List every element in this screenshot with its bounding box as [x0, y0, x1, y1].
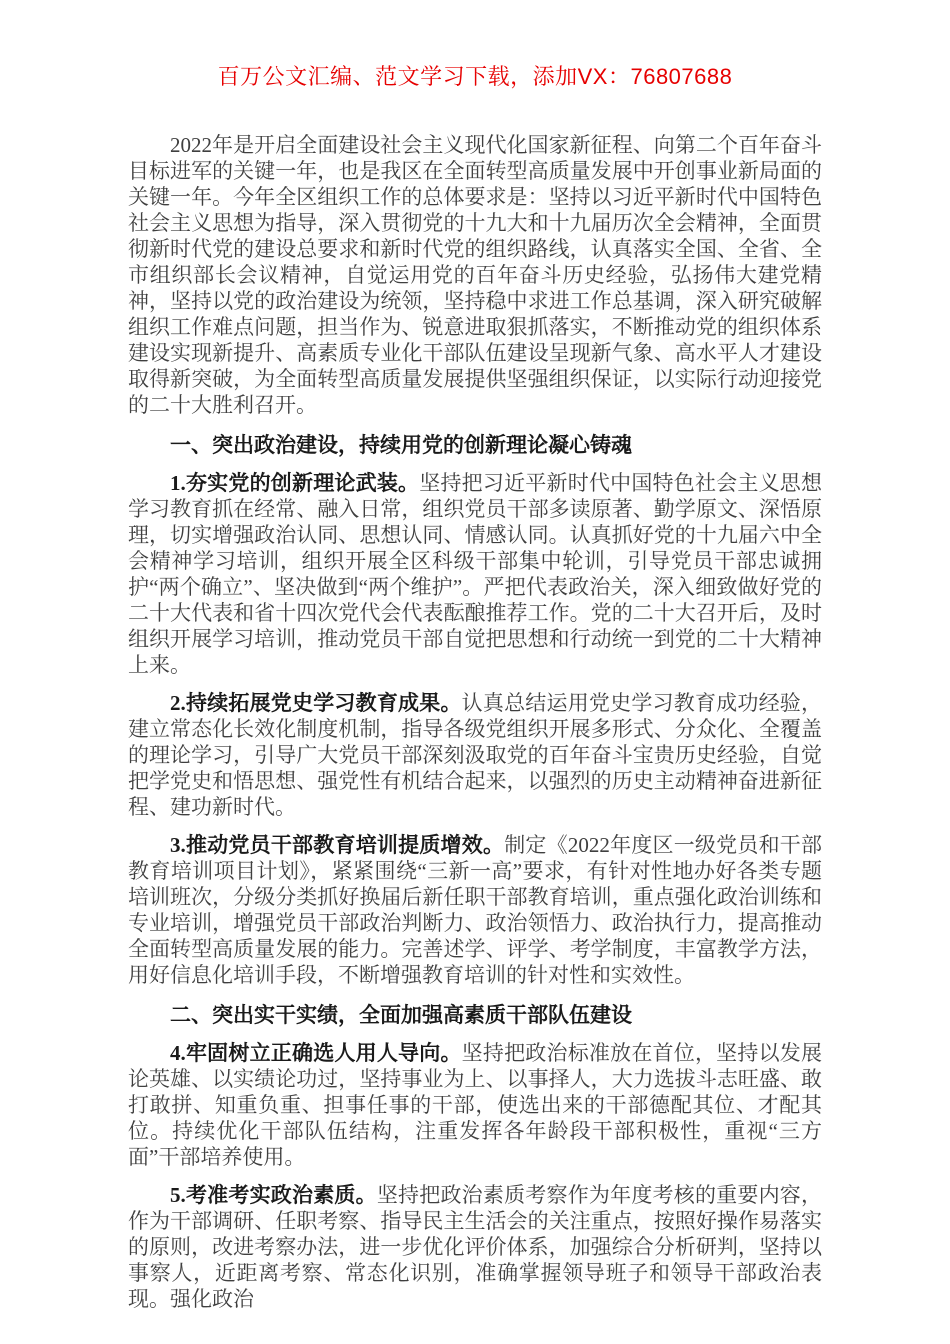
numbered-paragraph-5-lead: 5.考准考实政治素质。: [170, 1183, 377, 1207]
numbered-paragraph-3: 3.推动党员干部教育培训提质增效。制定《2022年度区一级党员和干部教育培训项目…: [128, 832, 822, 988]
numbered-paragraph-2: 2.持续拓展党史学习教育成果。认真总结运用党史学习教育成功经验，建立常态化长效化…: [128, 690, 822, 820]
section-heading-1: 一、突出政治建设，持续用党的创新理论凝心铸魂: [128, 432, 822, 458]
numbered-paragraph-5: 5.考准考实政治素质。坚持把政治素质考察作为年度考核的重要内容，作为干部调研、任…: [128, 1182, 822, 1312]
numbered-paragraph-4: 4.牢固树立正确选人用人导向。坚持把政治标准放在首位，坚持以发展论英雄、以实绩论…: [128, 1040, 822, 1170]
numbered-paragraph-1-lead: 1.夯实党的创新理论武装。: [170, 471, 419, 495]
intro-paragraph: 2022年是开启全面建设社会主义现代化国家新征程、向第二个百年奋斗目标进军的关键…: [128, 132, 822, 418]
document-body: 2022年是开启全面建设社会主义现代化国家新征程、向第二个百年奋斗目标进军的关键…: [128, 132, 822, 1312]
numbered-paragraph-1-text: 坚持把习近平新时代中国特色社会主义思想学习教育抓在经常、融入日常，组织党员干部多…: [128, 471, 822, 677]
numbered-paragraph-4-lead: 4.牢固树立正确选人用人导向。: [170, 1041, 462, 1065]
numbered-paragraph-2-lead: 2.持续拓展党史学习教育成果。: [170, 691, 462, 715]
promo-header-text: 百万公文汇编、范文学习下载，添加VX：76807688: [0, 0, 950, 90]
document-page: 百万公文汇编、范文学习下载，添加VX：76807688 2022年是开启全面建设…: [0, 0, 950, 1312]
numbered-paragraph-1: 1.夯实党的创新理论武装。坚持把习近平新时代中国特色社会主义思想学习教育抓在经常…: [128, 470, 822, 678]
numbered-paragraph-3-lead: 3.推动党员干部教育培训提质增效。: [170, 833, 504, 857]
section-heading-2: 二、突出实干实绩，全面加强高素质干部队伍建设: [128, 1002, 822, 1028]
